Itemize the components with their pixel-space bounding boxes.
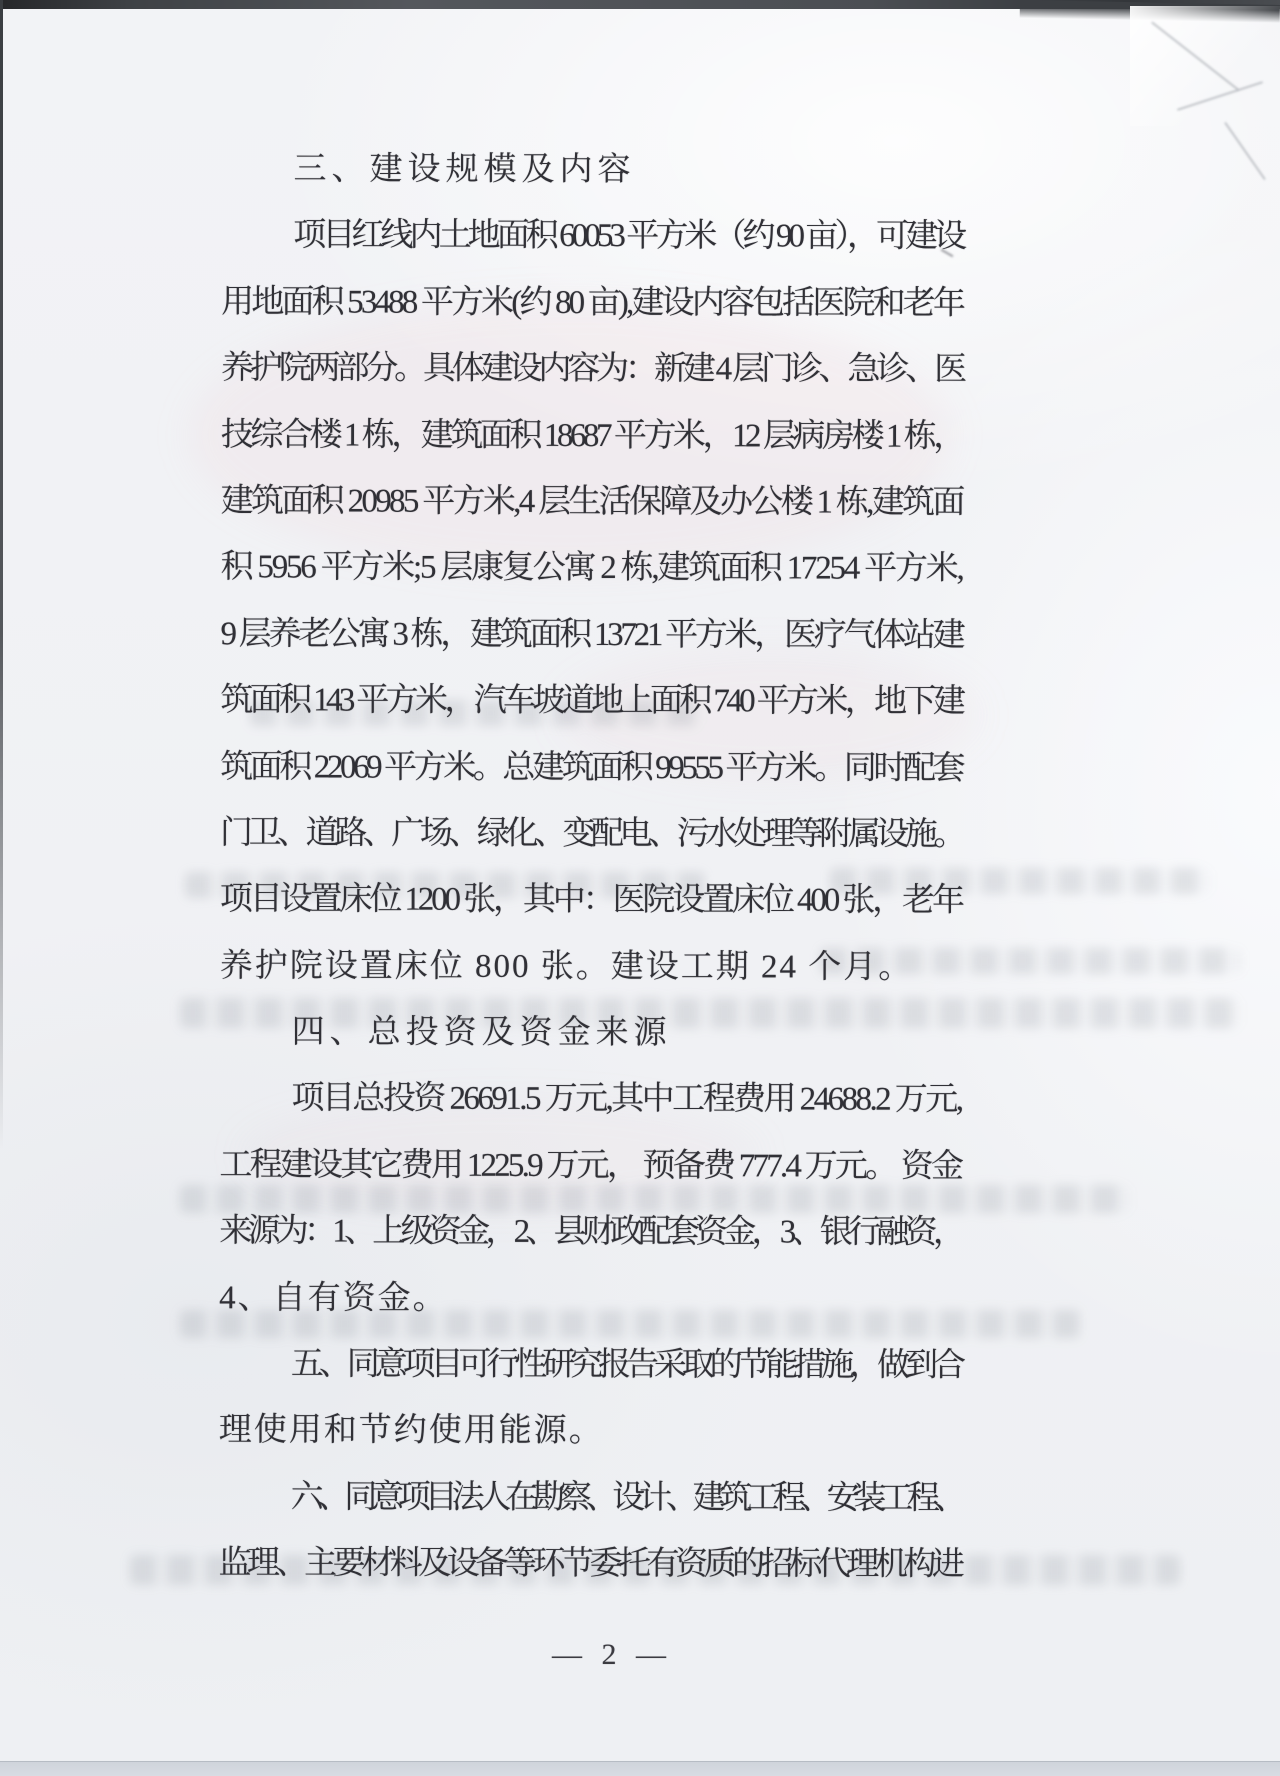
document-line: 来源为：1、上级资金，2、县财政配套资金，3、银行融资，	[219, 1198, 961, 1266]
document-line: 监理、主要材料及设备等环节委托有资质的招标代理机构进	[218, 1530, 960, 1598]
scanned-document-page: 三、建设规模及内容项目红线内土地面积 60053 平方米（约 90 亩），可建设…	[0, 0, 1280, 1776]
document-line: 筑面积 22069 平方米。总建筑面积 99555 平方米。同时配套	[220, 734, 962, 802]
document-line: 六、同意项目法人在勘察、设计、建筑工程、安装工程、	[219, 1464, 961, 1532]
document-line: 技综合楼 1 栋，建筑面积 18687 平方米，12 层病房楼 1 栋，	[221, 402, 963, 470]
document-line: 筑面积 143 平方米，汽车坡道地上面积 740 平方米，地下建	[220, 667, 962, 735]
document-line: 用地面积 53488 平方米(约 80 亩),建设内容包括医院和老年	[221, 269, 963, 337]
document-line: 养护院设置床位 800 张。建设工期 24 个月。	[220, 933, 962, 1001]
document-line: 4、自有资金。	[219, 1265, 961, 1333]
document-line: 门卫、道路、广场、绿化、变配电、污水处理等附属设施。	[220, 800, 962, 868]
scanner-bed-strip	[0, 1761, 1280, 1776]
document-line: 建筑面积 20985 平方米,4 层生活保障及办公楼 1 栋,建筑面	[221, 468, 963, 536]
document-line: 工程建设其它费用 1225.9 万元， 预备费 777.4 万元。 资金	[219, 1132, 961, 1200]
document-line: 积 5956 平方米;5 层康复公寓 2 栋,建筑面积 17254 平方米,	[221, 535, 963, 603]
section-heading: 三、建设规模及内容	[221, 136, 963, 204]
section-heading: 四、总投资及资金来源	[220, 999, 962, 1067]
scan-edge-left	[0, 0, 3, 1150]
page-number: — 2 —	[0, 1638, 1252, 1672]
document-line: 项目总投资 26691.5 万元,其中工程费用 24688.2 万元,	[219, 1066, 961, 1134]
document-line: 9 层养老公寓 3 栋，建筑面积 13721 平方米，医疗气体站建	[220, 601, 962, 669]
document-line: 五、同意项目可行性研究报告采取的节能措施，做到合	[219, 1331, 961, 1399]
document-line: 项目红线内土地面积 60053 平方米（约 90 亩），可建设	[221, 203, 963, 271]
document-line: 养护院两部分。具体建设内容为：新建 4 层门诊、急诊、医	[221, 335, 963, 403]
document-line: 项目设置床位 1200 张，其中：医院设置床位 400 张，老年	[220, 867, 962, 935]
document-body: 三、建设规模及内容项目红线内土地面积 60053 平方米（约 90 亩），可建设…	[218, 136, 963, 1598]
document-line: 理使用和节约使用能源。	[219, 1398, 961, 1466]
